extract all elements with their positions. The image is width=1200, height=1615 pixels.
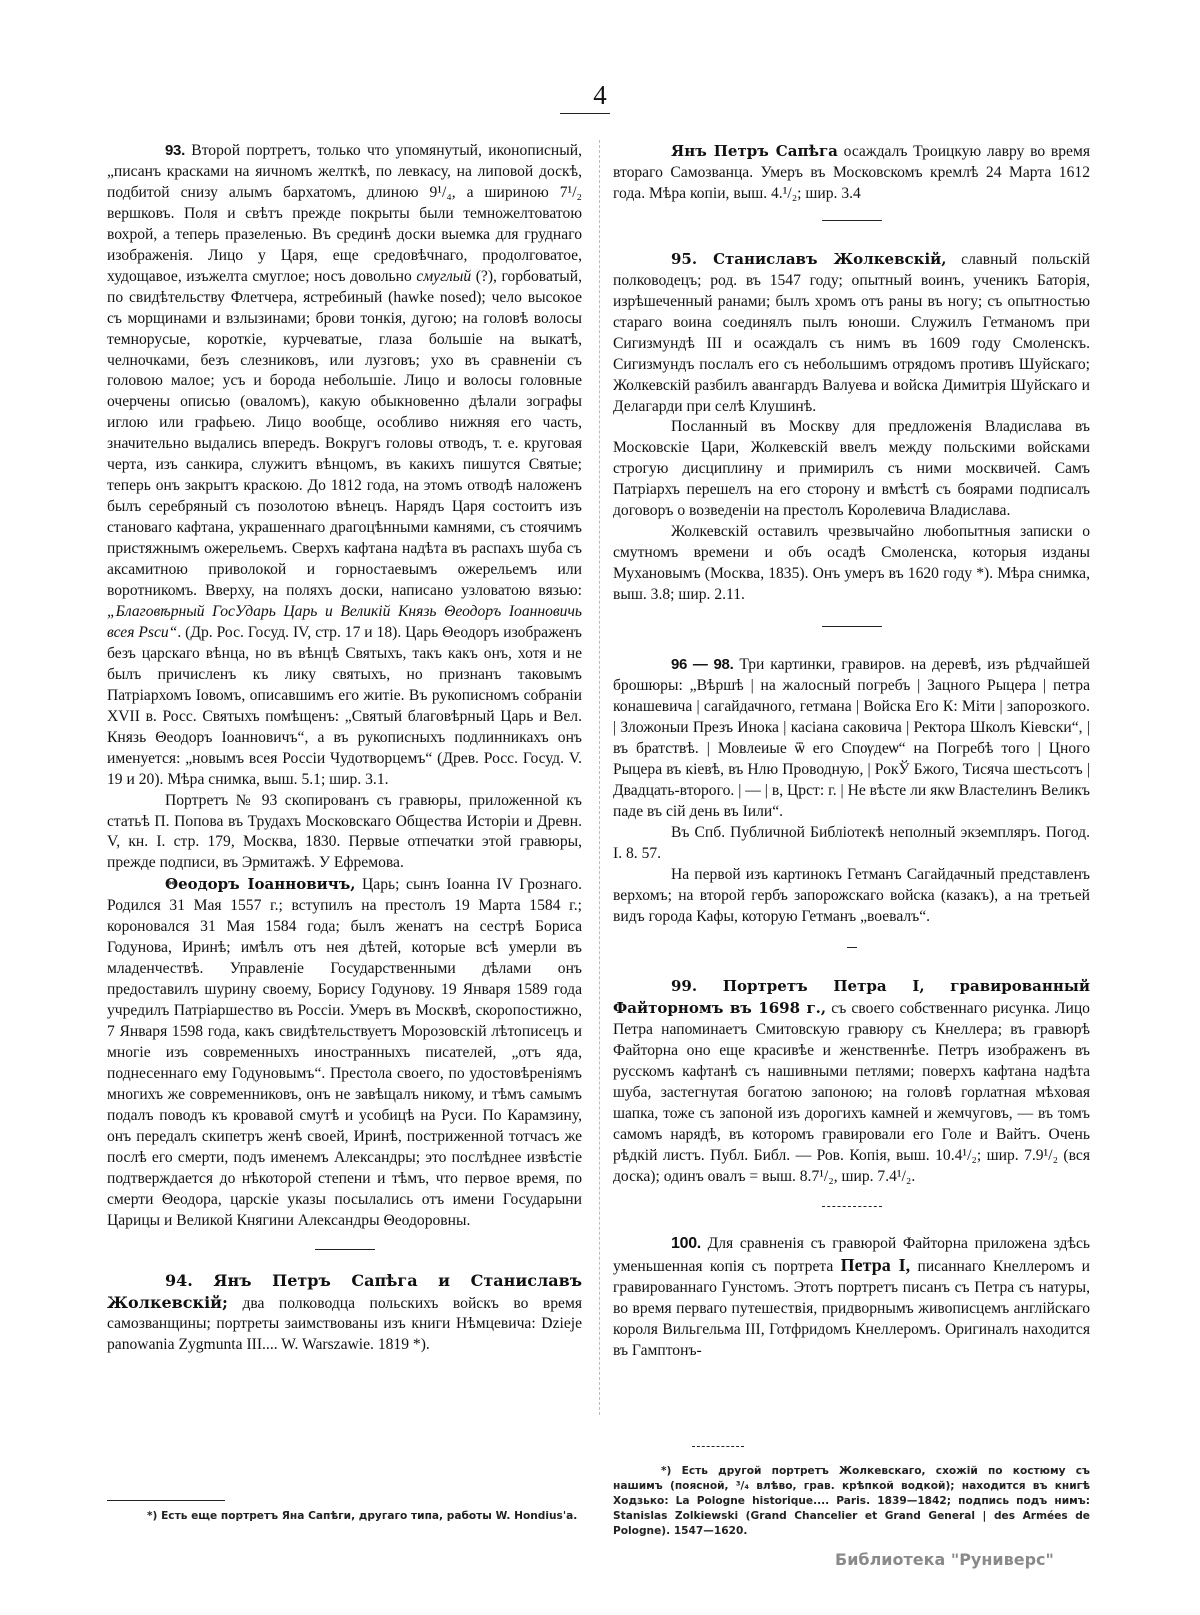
entry-95-para2: Посланный въ Москву для предложенія Влад… bbox=[613, 417, 1090, 522]
entry-99-text: съ своего собственнаго рисунка. Лицо Пет… bbox=[613, 1000, 1090, 1185]
sapieha-name: Янъ Петръ Сапѣга bbox=[671, 142, 838, 160]
library-watermark: Библиотека "Руниверс" bbox=[835, 1550, 1054, 1569]
entry-95-text: славный польскій полководецъ; род. въ 15… bbox=[613, 251, 1090, 415]
entry-93-text: Второй портретъ, только что упомянутый, … bbox=[107, 142, 582, 285]
left-column: 93. Второй портретъ, только что упомянут… bbox=[107, 141, 582, 1356]
entry-93-text-cont: (?), горбоватый, по свидѣтельству Флетче… bbox=[107, 268, 582, 599]
entry-96-98: 96 — 98. Три картинки, гравиров. на дере… bbox=[613, 655, 1090, 823]
section-separator bbox=[822, 1206, 882, 1208]
entry-96-98-text: Три картинки, гравиров. на деревѣ, изъ р… bbox=[613, 656, 1090, 820]
entry-93-italic-word: смуглый bbox=[416, 268, 471, 285]
right-column: Янъ Петръ Сапѣга осаждалъ Троицкую лавру… bbox=[613, 141, 1090, 1362]
feodor-name: Θеодоръ Іоанновичъ, bbox=[165, 875, 355, 893]
entry-93-number: 93. bbox=[165, 142, 185, 159]
section-separator bbox=[822, 220, 882, 222]
entry-100-name: Петра I, bbox=[841, 1255, 911, 1275]
footnote-right: *) Есть другой портретъ Жолкевскаго, схо… bbox=[613, 1464, 1090, 1539]
section-separator bbox=[822, 626, 882, 628]
entry-95-heading: 95. Станиславъ Жолкевскій, bbox=[671, 250, 947, 268]
entry-93-text-end: . (Др. Рос. Госуд. IV, стр. 17 и 18). Ца… bbox=[107, 624, 582, 788]
entry-100-number: 100. bbox=[671, 1235, 701, 1252]
entry-96-98-para3: На первой изъ картинокъ Гетманъ Сагайдач… bbox=[613, 865, 1090, 928]
footnote-rule-right bbox=[692, 1446, 744, 1447]
page-number-rule bbox=[560, 113, 610, 115]
page-number: 4 bbox=[0, 80, 1200, 110]
entry-94: 94. Янъ Петръ Сапѣга и Станиславъ Жолкев… bbox=[107, 1271, 582, 1357]
entry-95: 95. Станиславъ Жолкевскій, славный польс… bbox=[613, 249, 1090, 418]
footnote-left: *) Есть еще портретъ Яна Сапѣги, другаго… bbox=[107, 1509, 582, 1524]
entry-100: 100. Для сравненія съ гравюрой Файторна … bbox=[613, 1234, 1090, 1362]
sapieha-entry: Янъ Петръ Сапѣга осаждалъ Троицкую лавру… bbox=[613, 141, 1090, 205]
entry-96-98-para2: Въ Спб. Публичной Библіотекѣ неполный эк… bbox=[613, 823, 1090, 865]
entry-96-98-number: 96 — 98. bbox=[671, 656, 733, 673]
section-separator bbox=[847, 947, 857, 949]
section-separator bbox=[315, 1249, 375, 1251]
entry-95-para3: Жолкевскій оставилъ чрезвычайно любопытн… bbox=[613, 522, 1090, 606]
column-divider bbox=[599, 140, 600, 1415]
feodor-bio: Θеодоръ Іоанновичъ, Царь; сынъ Іоанна IV… bbox=[107, 874, 582, 1231]
entry-99: 99. Портретъ Петра I, гравированный Файт… bbox=[613, 976, 1090, 1188]
entry-93-note: Портретъ № 93 скопированъ съ гравюры, пр… bbox=[107, 791, 582, 875]
footnote-rule-left bbox=[107, 1500, 225, 1501]
entry-93: 93. Второй портретъ, только что упомянут… bbox=[107, 141, 582, 791]
feodor-bio-text: Царь; сынъ Іоанна IV Грознаго. Родился 3… bbox=[107, 876, 582, 1228]
